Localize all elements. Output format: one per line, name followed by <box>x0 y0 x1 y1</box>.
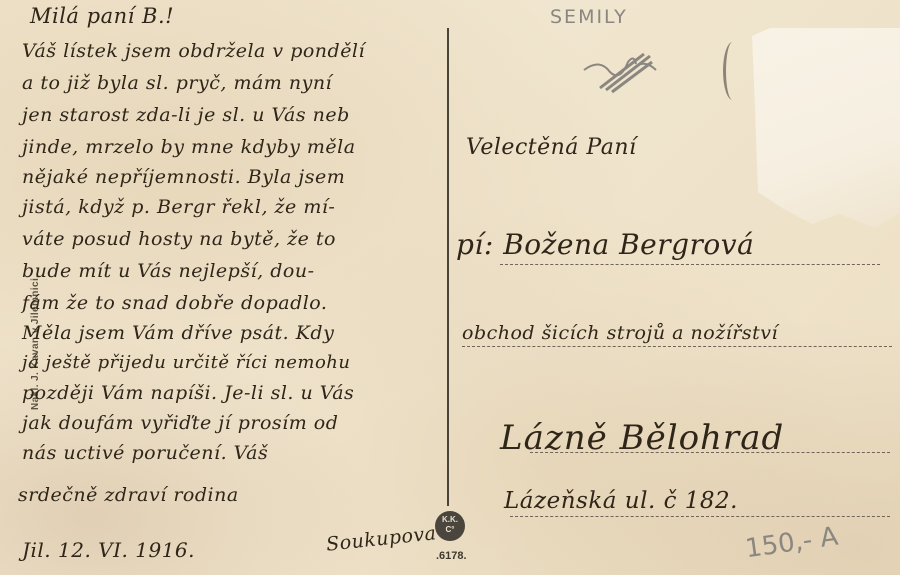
message-line: Váš lístek jsem obdržela v pondělí <box>22 40 365 62</box>
message-line: jistá, když p. Bergr řekl, že mí- <box>22 196 335 218</box>
message-greeting: Milá paní B.! <box>30 4 174 28</box>
message-line: fám že to snad dobře dopadlo. <box>22 292 327 314</box>
message-line: já ještě přijedu určitě říci nemohu <box>22 352 350 373</box>
pencil-price-annotation: 150,- A <box>743 522 840 565</box>
message-signature: Soukupova <box>325 522 437 555</box>
message-line: a to již byla sl. pryč, mám nyní <box>22 72 332 94</box>
message-line: nějaké nepříjemnosti. Byla jsem <box>22 166 345 188</box>
address-business: obchod šicích strojů a nožířství <box>462 322 778 344</box>
publisher-logo: K.K. C° <box>435 511 465 541</box>
card-number: .6178. <box>436 550 467 562</box>
message-line: jinde, mrzelo by mne kdyby měla <box>22 136 356 158</box>
message-date: Jil. 12. VI. 1916. <box>22 538 195 562</box>
message-closing: srdečně zdraví rodina <box>18 484 239 506</box>
postcard-divider <box>447 28 449 506</box>
address-line-2 <box>462 346 892 347</box>
pencil-place-annotation: SEMILY <box>550 6 628 28</box>
address-recipient: pí: Božena Bergrová <box>456 228 754 261</box>
postmark-fragment <box>723 42 742 100</box>
message-line: bude mít u Vás nejlepší, dou- <box>22 260 315 282</box>
address-salutation: Velectěná Paní <box>466 135 637 160</box>
postcard-back: SEMILY 150,- A Nakl. J. Kavan v Jilemnic… <box>0 0 900 575</box>
address-street: Lázeňská ul. č 182. <box>504 488 738 514</box>
address-line-3 <box>530 452 890 453</box>
message-line: jak doufám vyřiďte jí prosím od <box>22 412 338 434</box>
logo-top-text: K.K. <box>435 515 465 525</box>
message-line: Měla jsem Vám dříve psát. Kdy <box>22 322 334 344</box>
logo-bottom-text: C° <box>435 525 465 535</box>
pencil-scribble-icon <box>580 48 660 96</box>
address-line-1 <box>500 264 880 265</box>
message-line: váte posud hosty na bytě, že to <box>22 228 336 250</box>
torn-stamp-area <box>752 28 900 228</box>
message-line: jen starost zda-li je sl. u Vás neb <box>22 104 350 126</box>
message-line: později Vám napíši. Je-li sl. u Vás <box>22 382 354 404</box>
message-line: nás uctivé poručení. Váš <box>22 442 268 464</box>
address-line-4 <box>510 516 890 517</box>
